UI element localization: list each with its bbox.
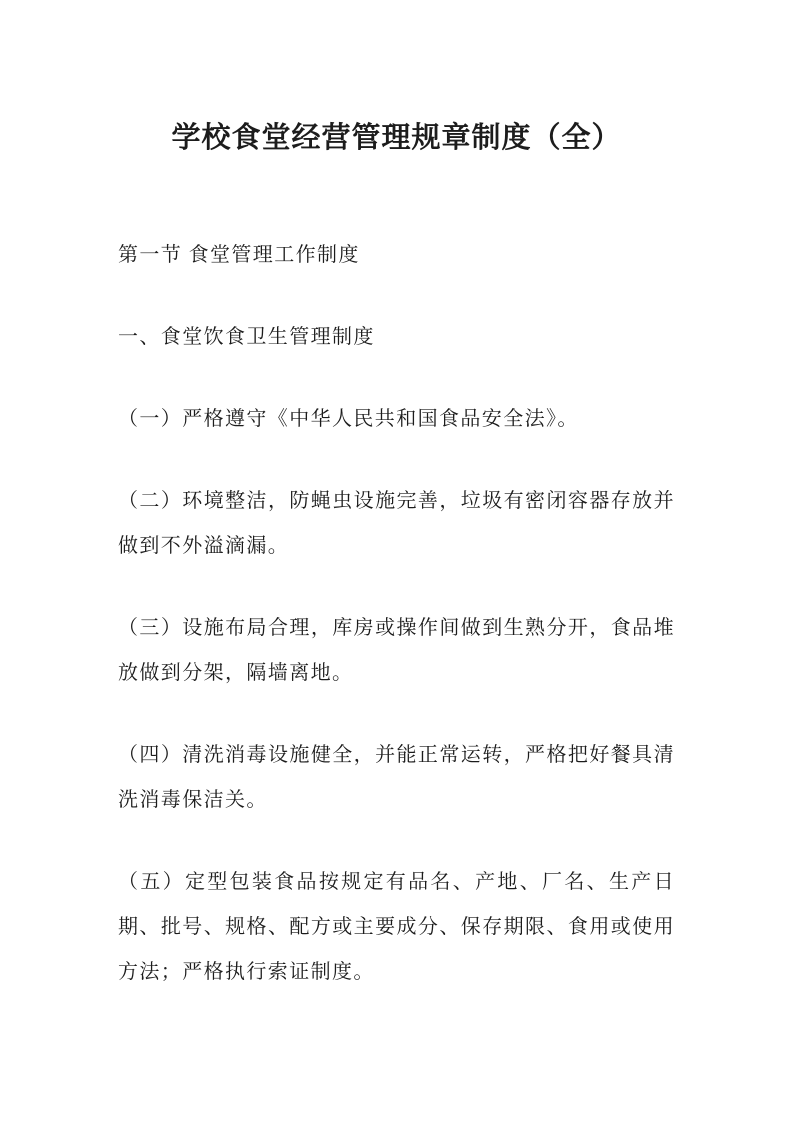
paragraph: （五）定型包装食品按规定有品名、产地、厂名、生产日期、批号、规格、配方或主要成分… bbox=[118, 860, 675, 995]
paragraph: （四）清洗消毒设施健全，并能正常运转，严格把好餐具清洗消毒保洁关。 bbox=[118, 733, 675, 823]
paragraph: （一）严格遵守《中华人民共和国食品安全法》。 bbox=[118, 397, 675, 442]
paragraph: （二）环境整洁，防蝇虫设施完善，垃圾有密闭容器存放并做到不外溢滴漏。 bbox=[118, 479, 675, 569]
paragraph: 一、食堂饮食卫生管理制度 bbox=[118, 315, 675, 360]
document-title: 学校食堂经营管理规章制度（全） bbox=[118, 116, 675, 160]
document-body: 第一节 食堂管理工作制度一、食堂饮食卫生管理制度（一）严格遵守《中华人民共和国食… bbox=[118, 233, 675, 995]
document-page: 学校食堂经营管理规章制度（全） 第一节 食堂管理工作制度一、食堂饮食卫生管理制度… bbox=[0, 0, 793, 1122]
paragraph: 第一节 食堂管理工作制度 bbox=[118, 233, 675, 278]
paragraph: （三）设施布局合理，库房或操作间做到生熟分开，食品堆放做到分架，隔墙离地。 bbox=[118, 606, 675, 696]
